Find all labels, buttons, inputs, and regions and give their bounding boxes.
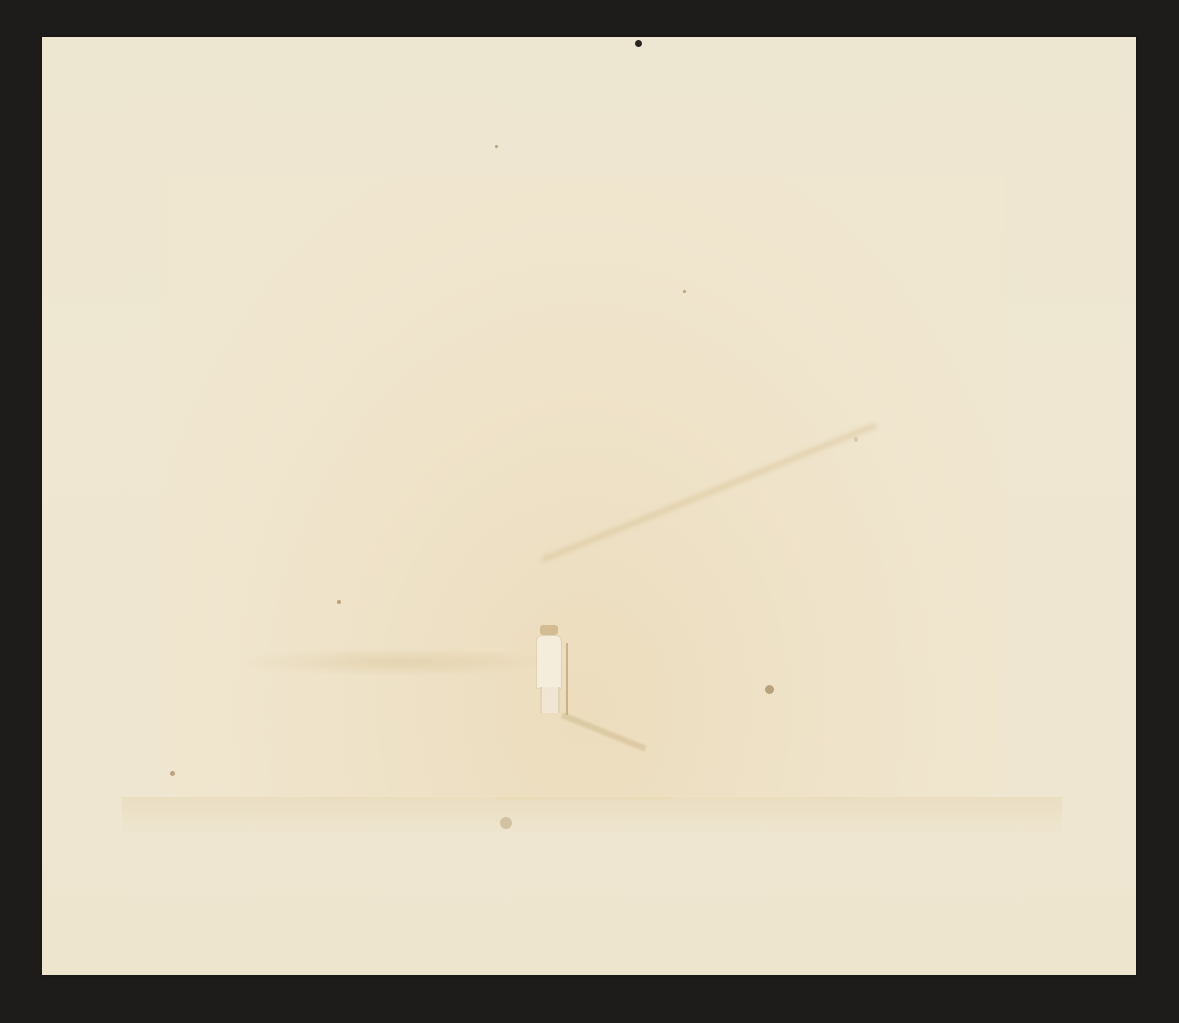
figure-legs (540, 687, 560, 713)
figure-body (536, 635, 562, 689)
foxing-spot (854, 437, 858, 442)
foxing-spot (170, 771, 175, 776)
foxing-spot (337, 600, 341, 604)
foxing-spot (683, 290, 686, 293)
foxing-spot (500, 817, 512, 829)
left-hillside-shading (232, 647, 562, 677)
lower-tone-band (122, 797, 1062, 837)
photo-paper (42, 37, 1136, 975)
figure-hat (540, 625, 558, 635)
foxing-spot (495, 145, 498, 148)
foxing-spot (635, 40, 642, 47)
faded-print-area (167, 175, 1002, 800)
walking-stick (566, 643, 568, 715)
foxing-spot (765, 685, 774, 694)
standing-figure (532, 625, 566, 715)
black-album-mount (0, 0, 1179, 1023)
